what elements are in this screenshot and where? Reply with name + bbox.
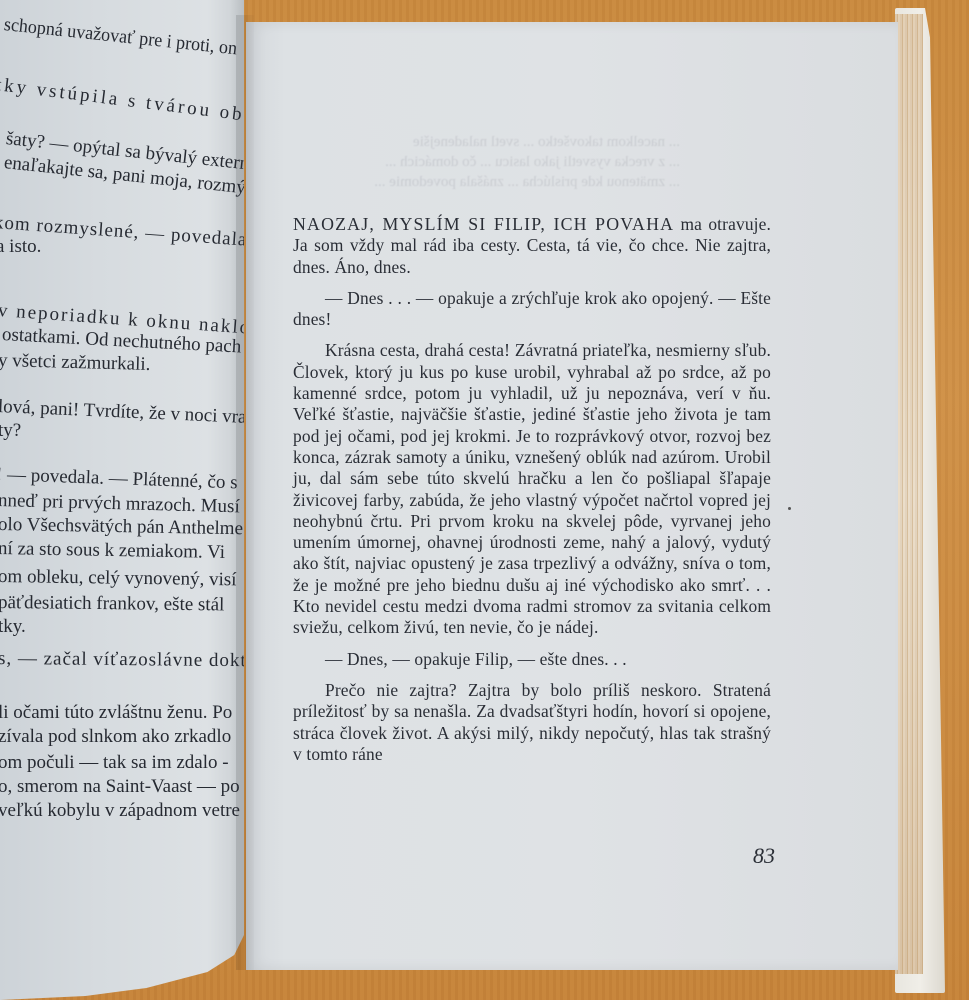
opening-paragraph: NAOZAJ, MYSLÍM SI FILIP, ICH POVAHA ma o… (293, 214, 771, 278)
bleed-line: ... z vrecka vysvetli jako lasicu ... čo… (300, 152, 680, 172)
opening-small-caps: NAOZAJ, MYSLÍM SI FILIP, ICH POVAHA (293, 214, 674, 234)
left-line: o, smerom na Saint-Vaast — po (0, 776, 240, 798)
page-number: 83 (730, 843, 775, 869)
left-line: päťdesiatich frankov, ešte stál (0, 592, 224, 616)
bleed-line: ... zmätenou kde prislúcha ... znášala p… (300, 172, 680, 192)
left-line: veľkú kobylu v západnom vetre (0, 800, 240, 822)
right-page-body: NAOZAJ, MYSLÍM SI FILIP, ICH POVAHA ma o… (293, 214, 771, 765)
paragraph: Krásna cesta, drahá cesta! Závratná pria… (293, 340, 771, 638)
bleed-line: ... nacelkom takovšetko ... svetl nalade… (300, 132, 680, 152)
left-line: a isto. (0, 236, 41, 258)
paragraph: — Dnes, — opakuje Filip, — ešte dnes. . … (293, 649, 771, 670)
left-page-text: schopná uvažovať pre i proti, on tky vst… (0, 0, 244, 1000)
left-line: tky vstúpila s tvárou obrátenou (0, 74, 244, 136)
page-stack-edge (895, 14, 923, 974)
left-line: ní za sto sous k zemiakom. Vi (0, 538, 225, 564)
left-line: s, — začal víťazoslávne doktor (0, 648, 244, 672)
left-line: ty? (0, 420, 21, 442)
left-line: olo Všechsvätých pán Anthelme (0, 514, 243, 540)
left-line: om obleku, celý vynovený, visí (0, 566, 237, 591)
bleed-through-text: ... nacelkom takovšetko ... svetl nalade… (300, 132, 680, 192)
paper-speck (788, 507, 791, 510)
left-line: schopná uvažovať pre i proti, on (3, 14, 238, 60)
left-line: zívala pod slnkom ako zrkadlo (0, 726, 231, 748)
left-line: tky. (0, 616, 26, 638)
paragraph: — Dnes . . . — opakuje a zrýchľuje krok … (293, 288, 771, 331)
left-line: ! — povedala. — Plátenné, čo s (0, 464, 238, 494)
paragraph: Prečo nie zajtra? Zajtra by bolo príliš … (293, 680, 771, 765)
left-line: lová, pani! Tvrdíte, že v noci vraž (0, 396, 244, 429)
left-line: y všetci zažmurkali. (0, 350, 151, 376)
left-line: om počuli — tak sa im zdalo - (0, 752, 229, 774)
left-line: li očami túto zvláštnu ženu. Po (0, 702, 232, 724)
